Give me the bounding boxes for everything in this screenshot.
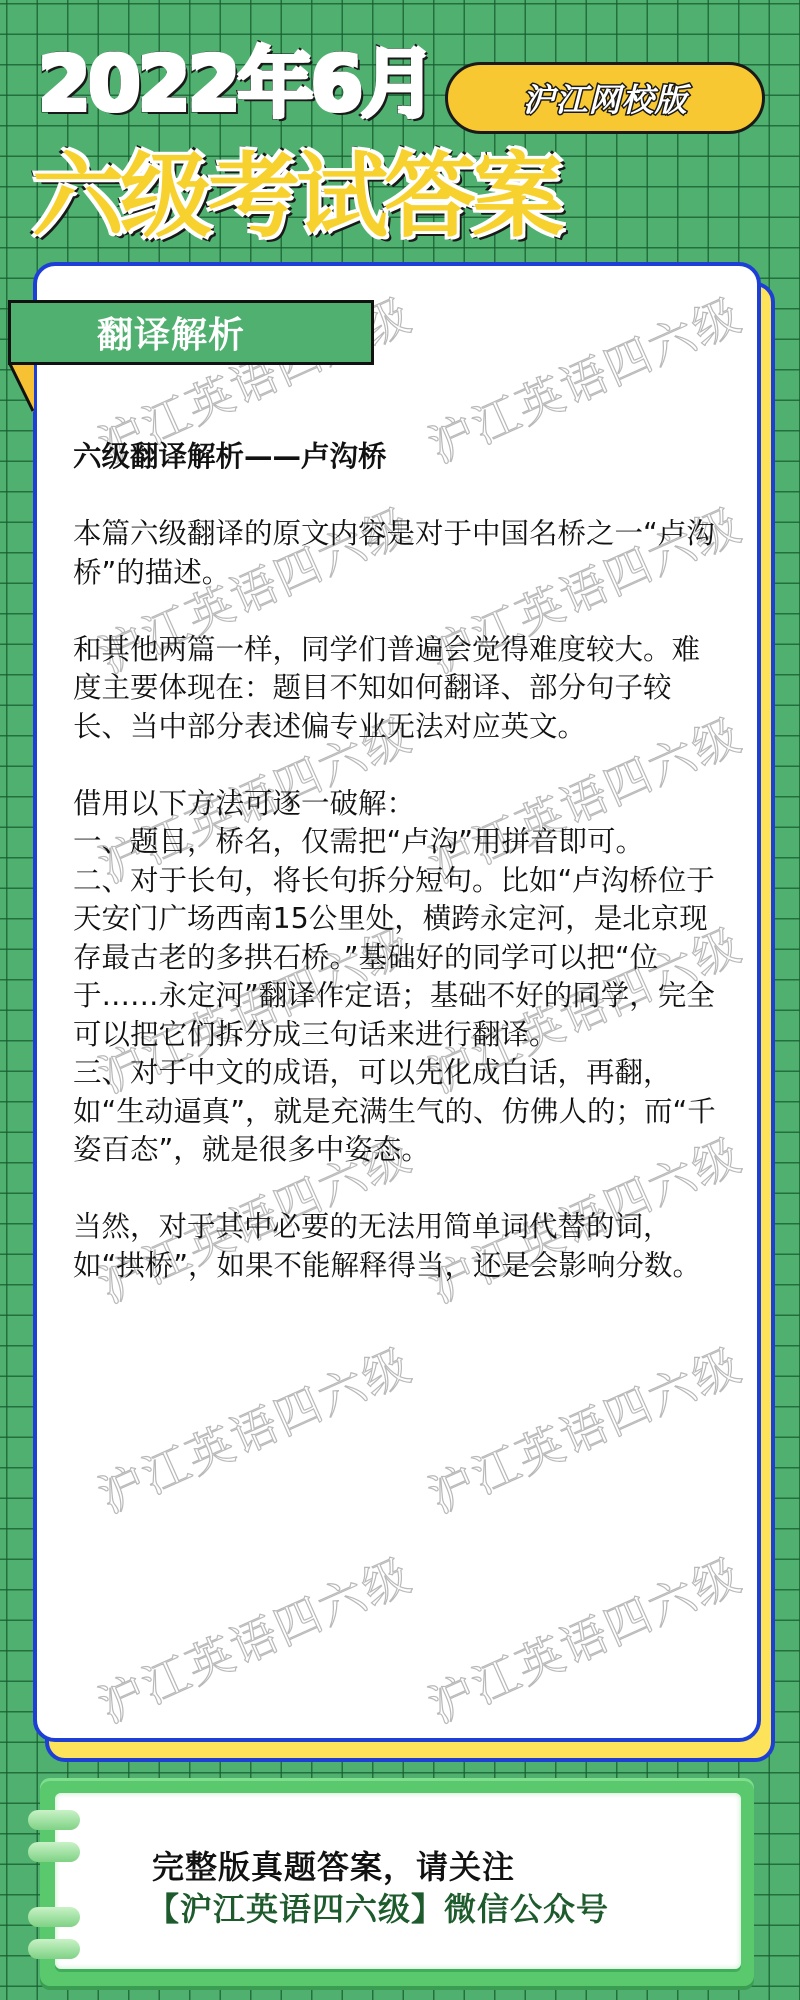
edition-badge: 沪江网校版 bbox=[445, 62, 765, 134]
paragraph: 当然，对于其中必要的无法用简单词代替的词，如“拱桥”，如果不能解释得当，还是会影… bbox=[73, 1208, 723, 1285]
edition-badge-label: 沪江网校版 bbox=[522, 75, 687, 121]
article-heading: 六级翻译解析——卢沟桥 bbox=[73, 438, 723, 477]
article-body: 六级翻译解析——卢沟桥 本篇六级翻译的原文内容是对于中国名桥之一“卢沟桥”的描述… bbox=[73, 438, 723, 1324]
section-ribbon: 翻译解析 bbox=[8, 300, 374, 365]
paragraph: 本篇六级翻译的原文内容是对于中国名桥之一“卢沟桥”的描述。 bbox=[73, 515, 723, 592]
paragraph: 借用以下方法可逐一破解： 一、题目，桥名，仅需把“卢沟”用拼音即可。 二、对于长… bbox=[73, 785, 723, 1170]
watermark: 沪江英语四六级 bbox=[87, 1329, 421, 1526]
binder-ring-icon bbox=[28, 1810, 80, 1830]
paragraph: 和其他两篇一样，同学们普遍会觉得难度较大。难度主要体现在：题目不知如何翻译、部分… bbox=[73, 631, 723, 747]
footer-cta-line2: 【沪江英语四六级】微信公众号 bbox=[147, 1884, 609, 1930]
binder-ring-icon bbox=[28, 1842, 80, 1862]
watermark: 沪江英语四六级 bbox=[417, 1329, 751, 1526]
page-title: 六级考试答案 bbox=[32, 142, 560, 252]
binder-ring-icon bbox=[28, 1907, 80, 1927]
binder-ring-icon bbox=[28, 1939, 80, 1959]
watermark: 沪江英语四六级 bbox=[417, 1539, 751, 1736]
footer-cta-line1: 完整版真题答案，请关注 bbox=[152, 1842, 515, 1888]
title-year-month: 2022年6月 bbox=[38, 38, 433, 130]
watermark: 沪江英语四六级 bbox=[87, 1539, 421, 1736]
section-ribbon-label: 翻译解析 bbox=[97, 307, 245, 358]
ribbon-fold-outline bbox=[8, 362, 34, 412]
